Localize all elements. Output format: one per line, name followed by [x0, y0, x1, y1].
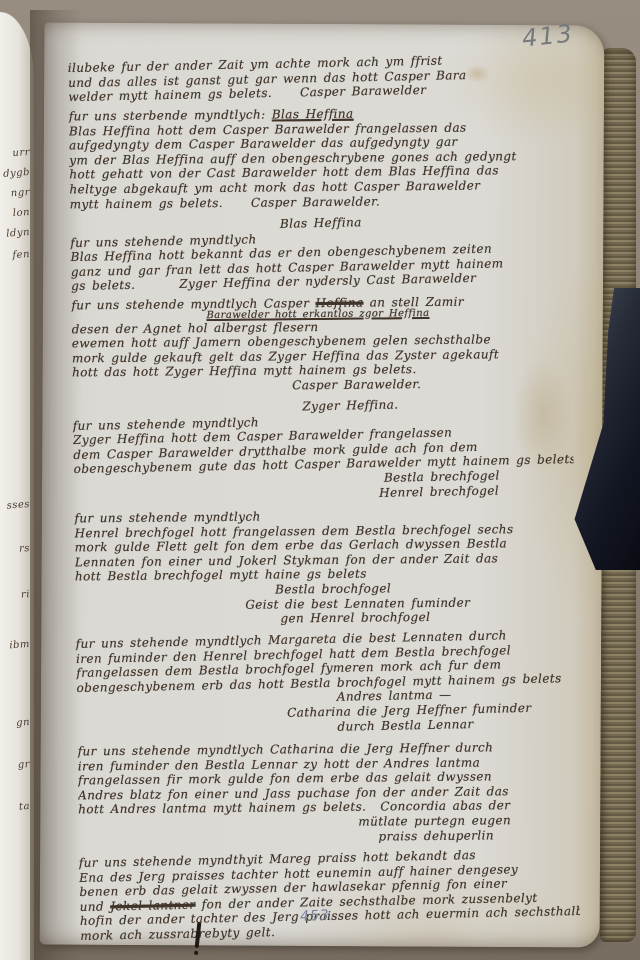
record-entry: Zyger Heffina. fur uns stehende myndtlyc…	[72, 394, 574, 506]
signature-name: Henrel brechfogel	[379, 484, 499, 500]
line-text: welder mytt hainem gs belets.	[68, 86, 272, 104]
signature-inline: Concordia abas der	[380, 798, 510, 813]
struck-text: Jekel lantner	[110, 897, 196, 913]
line-text: gs belets.	[71, 278, 135, 293]
signature-name: Casper Barawelder.	[292, 377, 421, 392]
line-text: heltyge abgekauft ym acht mork das hott …	[69, 178, 480, 196]
page-number-top: 413	[521, 19, 575, 52]
line-text: fur uns stehende myndtlych	[74, 509, 260, 525]
margin-fragment: sses	[0, 499, 30, 512]
line-text: desen der Agnet hol albergst flesern	[72, 320, 319, 336]
signature-name: mütlate purtegn eugen	[358, 813, 511, 828]
underlined-name: Blas Heffina	[272, 106, 354, 121]
manuscript-photo: urr dygb ngr lon ldyn fen sses rs ri ibm…	[0, 0, 640, 960]
record-entry: fur uns stehende myndthyit Mareg praiss …	[79, 846, 581, 944]
signature-name: Geist die best Lennaten fuminder	[245, 595, 470, 611]
signature-name: Bestla brochfogel	[275, 581, 391, 596]
record-entry: fur uns stehende myndtlych Margareta die…	[76, 627, 578, 739]
record-entry: fur uns sterbende myndtlych: Blas Heffin…	[69, 104, 570, 211]
margin-fragment: ri	[0, 589, 30, 602]
heading-name: Zyger Heffina.	[302, 398, 398, 414]
line-text: und	[80, 899, 111, 914]
margin-fragment: lon	[0, 207, 30, 220]
line-text: mork ach zussrabrebyty gelt.	[80, 925, 275, 943]
record-entry: fur uns stehende myndtlych Casper Heffin…	[71, 294, 572, 395]
signature-inline: Casper Barawelder.	[251, 194, 380, 209]
margin-fragment: rs	[0, 543, 30, 556]
record-entry: fur uns stehende myndtlych Catharina die…	[78, 739, 579, 846]
line-text: hott Andres lantma mytt hainem gs belets…	[78, 800, 366, 817]
margin-fragment: gn	[0, 717, 30, 730]
signature-inline: Casper Barawelder	[300, 83, 426, 100]
signature-name: gen Henrel brochfogel	[280, 610, 430, 625]
margin-fragment: ngr	[0, 187, 30, 200]
handwritten-text: ilubeke fur der ander Zait ym achte mork…	[68, 53, 580, 949]
margin-fragment: fen	[0, 249, 30, 262]
record-entry: ilubeke fur der ander Zait ym achte mork…	[68, 51, 569, 105]
page-number-bottom: 453.	[300, 907, 336, 925]
record-entry: fur uns stehende myndtlych Henrel brechf…	[74, 506, 575, 628]
margin-fragment: gr	[0, 759, 30, 772]
signature-name: praiss dehuperlin	[378, 827, 494, 842]
line-text: hott Bestla brechfogel mytt haine gs bel…	[75, 567, 367, 584]
line-text: fur uns sterbende myndtlych:	[69, 107, 272, 123]
line-text: mytt hainem gs belets.	[70, 195, 223, 210]
signature-name: durch Bestla Lennar	[337, 717, 473, 734]
record-entry: Blas Heffina fur uns stehende myndtlych …	[70, 211, 571, 294]
margin-fragment: ta	[0, 801, 30, 814]
margin-fragment: ibm	[0, 639, 30, 652]
margin-fragment: urr	[0, 147, 30, 160]
margin-fragment: dygb	[0, 167, 30, 180]
margin-fragment: ldyn	[0, 227, 30, 240]
facing-page-edge: urr dygb ngr lon ldyn fen sses rs ri ibm…	[0, 12, 34, 960]
heading-name: Blas Heffina	[280, 215, 362, 231]
